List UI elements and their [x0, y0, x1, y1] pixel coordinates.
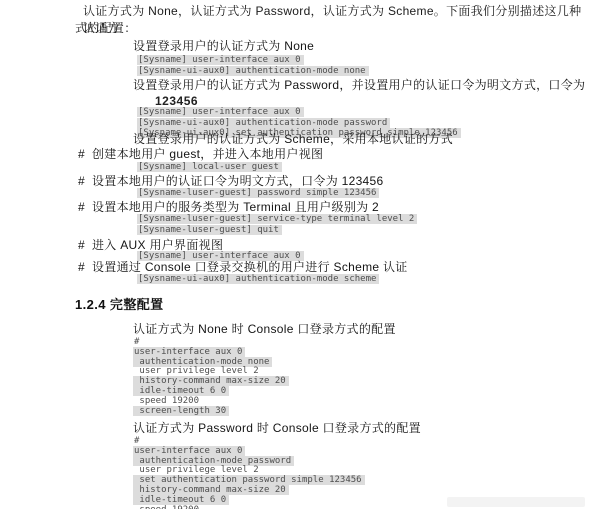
bullet-marker: # [78, 238, 92, 253]
bullet-text: 设置通过 Console 口登录交换机的用户进行 Scheme 认证 [92, 260, 408, 274]
bullet-text: 设置本地用户的服务类型为 Terminal 且用户级别为 2 [92, 200, 379, 214]
bullet-marker: # [78, 200, 92, 215]
config-password-code: # user-interface aux 0 authentication-mo… [133, 437, 365, 509]
bullet-text: 进入 AUX 用户界面视图 [92, 238, 223, 252]
bullet-service-type: #设置本地用户的服务类型为 Terminal 且用户级别为 2 [78, 200, 379, 215]
bullet-set-password-code: [Sysname-luser-guest] password simple 12… [137, 188, 379, 199]
step-scheme-title: 设置登录用户的认证方式为 Scheme，采用本地认证的方式 [133, 132, 453, 147]
config-none-title: 认证方式为 None 时 Console 口登录方式的配置 [133, 322, 396, 337]
step-none-title: 设置登录用户的认证方式为 None [133, 39, 314, 54]
bullet-service-type-code: [Sysname-luser-guest] service-type termi… [137, 214, 417, 235]
bullet-create-local-user-code: [Sysname] local-user guest [137, 162, 282, 173]
bullet-text: 设置本地用户的认证口令为明文方式，口令为 123456 [92, 174, 383, 188]
bullet-console-scheme-auth-code: [Sysname-ui-aux0] authentication-mode sc… [137, 274, 379, 285]
code-line: [Sysname] local-user guest [137, 162, 282, 173]
code-line: screen-length 30 [133, 407, 289, 417]
code-line: [Sysname] user-interface aux 0 [137, 55, 369, 66]
step-none-code: [Sysname] user-interface aux 0 [Sysname-… [137, 55, 369, 76]
intro-line-1: 认证方式为 None，认证方式为 Password，认证方式为 Scheme。下… [83, 3, 591, 37]
bullet-marker: # [78, 260, 92, 275]
code-line: [Sysname-luser-guest] password simple 12… [137, 188, 379, 199]
intro-line-2: 式的配置： [75, 20, 137, 37]
password-value: 123456 [155, 94, 198, 108]
code-line: speed 19200 [133, 506, 365, 509]
config-password-title: 认证方式为 Password 时 Console 口登录方式的配置 [133, 421, 421, 436]
bullet-marker: # [78, 147, 92, 162]
code-line: [Sysname-ui-aux0] authentication-mode pa… [137, 118, 461, 129]
document-page: 认证方式为 None，认证方式为 Password，认证方式为 Scheme。下… [0, 0, 591, 509]
watermark [447, 497, 585, 507]
section-heading: 1.2.4 完整配置 [75, 294, 164, 313]
bullet-console-scheme-auth: #设置通过 Console 口登录交换机的用户进行 Scheme 认证 [78, 260, 408, 275]
bullet-text: 创建本地用户 guest，并进入本地用户视图 [92, 147, 323, 161]
bullet-set-password: #设置本地用户的认证口令为明文方式，口令为 123456 [78, 174, 383, 189]
config-none-code: # user-interface aux 0 authentication-mo… [133, 338, 289, 416]
code-line: [Sysname] user-interface aux 0 [137, 107, 461, 118]
bullet-create-local-user: #创建本地用户 guest，并进入本地用户视图 [78, 147, 323, 162]
bullet-marker: # [78, 174, 92, 189]
code-line: [Sysname-luser-guest] quit [137, 225, 417, 236]
step-password-title: 设置登录用户的认证方式为 Password，并设置用户的认证口令为明文方式，口令… [133, 78, 585, 93]
code-line: [Sysname-ui-aux0] authentication-mode sc… [137, 274, 379, 285]
code-line: [Sysname-ui-aux0] authentication-mode no… [137, 66, 369, 77]
code-line: [Sysname-luser-guest] service-type termi… [137, 214, 417, 225]
